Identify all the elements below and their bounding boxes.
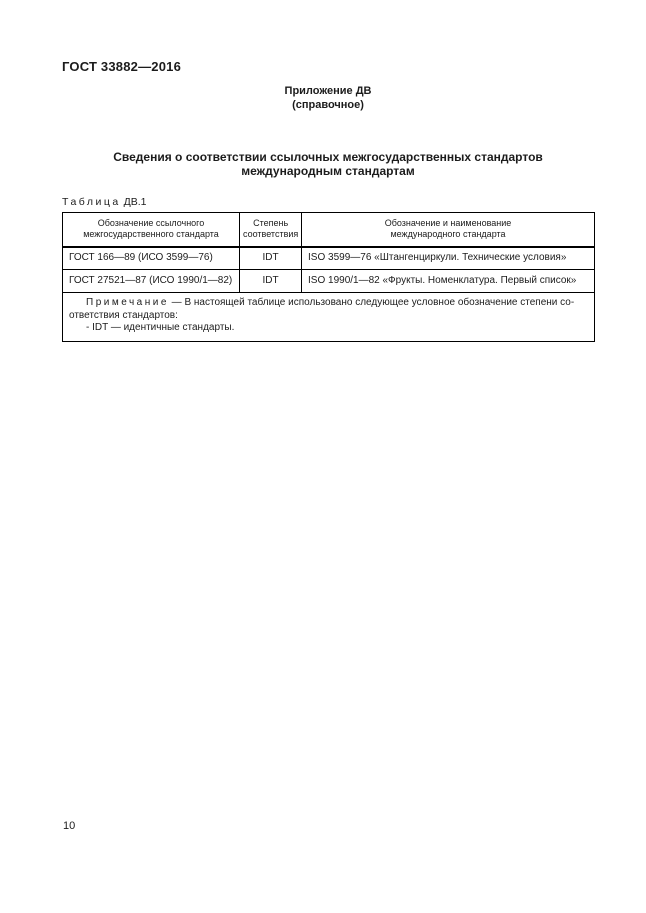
note-label: Примечание [86, 297, 169, 308]
table-caption: Таблица ДВ.1 [62, 196, 594, 209]
appendix-heading: Приложение ДВ (справочное) [62, 85, 594, 112]
cell-degree: IDT [240, 247, 302, 270]
table-row: ГОСТ 166—89 (ИСО 3599—76) IDT ISO 3599—7… [63, 247, 595, 270]
cell-degree: IDT [240, 270, 302, 293]
header-international-standard-label: Обозначение и наименование международног… [366, 218, 531, 240]
standards-correspondence-table: Обозначение ссылочного межгосударственно… [62, 212, 595, 342]
page-title: Сведения о соответствии ссылочных межгос… [88, 150, 568, 178]
cell-iso-standard: ISO 3599—76 «Штангенциркули. Технические… [302, 247, 595, 270]
cell-gost-standard: ГОСТ 27521—87 (ИСО 1990/1—82) [63, 270, 240, 293]
page-number: 10 [63, 820, 75, 833]
header-referenced-standard-label: Обозначение ссылочного межгосударственно… [69, 218, 234, 240]
table-caption-number: ДВ.1 [124, 196, 147, 208]
note-text-start: — В настоящей таблице использовано следу… [169, 297, 574, 308]
note-line-1: Примечание — В настоящей таблице использ… [69, 297, 588, 310]
header-correspondence-degree-label: Степень соответствия [243, 218, 298, 240]
page-content: ГОСТ 33882—2016 Приложение ДВ (справочно… [62, 0, 594, 342]
table-caption-word: Таблица [62, 196, 121, 208]
note-line-3: - IDT — идентичные стандарты. [69, 322, 588, 335]
table-note: Примечание — В настоящей таблице использ… [63, 293, 595, 342]
cell-gost-standard: ГОСТ 166—89 (ИСО 3599—76) [63, 247, 240, 270]
table-header: Обозначение ссылочного межгосударственно… [63, 213, 595, 247]
table-note-row: Примечание — В настоящей таблице использ… [63, 293, 595, 342]
table-body: ГОСТ 166—89 (ИСО 3599—76) IDT ISO 3599—7… [63, 247, 595, 342]
appendix-title: Приложение ДВ [62, 85, 594, 99]
table-row: ГОСТ 27521—87 (ИСО 1990/1—82) IDT ISO 19… [63, 270, 595, 293]
document-code: ГОСТ 33882—2016 [62, 60, 594, 74]
header-correspondence-degree: Степень соответствия [240, 213, 302, 247]
appendix-subtitle: (справочное) [62, 99, 594, 113]
cell-iso-standard: ISO 1990/1—82 «Фрукты. Номенклатура. Пер… [302, 270, 595, 293]
document-page: ГОСТ 33882—2016 Приложение ДВ (справочно… [0, 0, 646, 913]
note-line-2: ответствия стандартов: [69, 310, 588, 323]
header-international-standard: Обозначение и наименование международног… [302, 213, 595, 247]
table-header-row: Обозначение ссылочного межгосударственно… [63, 213, 595, 247]
header-referenced-standard: Обозначение ссылочного межгосударственно… [63, 213, 240, 247]
